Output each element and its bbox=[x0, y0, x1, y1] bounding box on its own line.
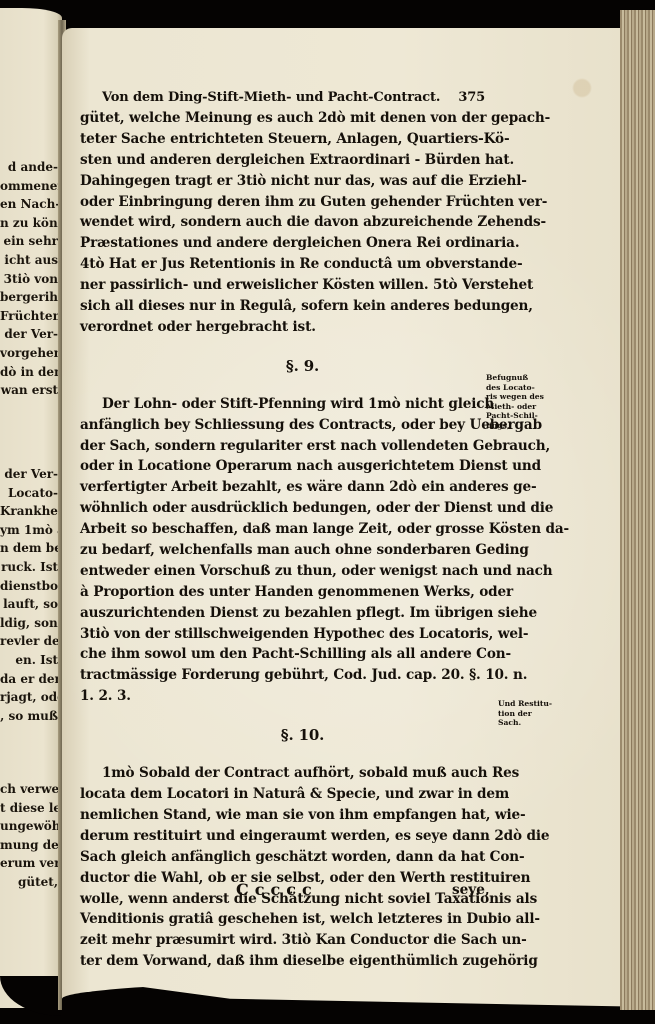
text-line: bergerih- bbox=[0, 288, 58, 307]
text-line: wöhnlich oder ausdrücklich bedungen, ode… bbox=[80, 498, 485, 519]
text-line: Krankheit, bbox=[0, 502, 58, 521]
left-page-fragment: d ande- ommener en Nach- n zu kön- ein s… bbox=[0, 8, 62, 1008]
paragraph-1: gütet, welche Meinung es auch 2dò mit de… bbox=[80, 108, 485, 338]
text-line: ner passirlich- und erweislicher Kösten … bbox=[80, 275, 485, 296]
text-line: sten und anderen dergleichen Extraordina… bbox=[80, 150, 485, 171]
page-number: 375 bbox=[458, 90, 485, 105]
main-text-block: Von dem Ding-Stift-Mieth- und Pacht-Cont… bbox=[80, 90, 485, 972]
text-line: ruck. Ist bbox=[0, 558, 58, 577]
text-line: t diese letz- bbox=[0, 799, 58, 818]
text-line: oder Einbringung deren ihm zu Guten gehe… bbox=[80, 192, 485, 213]
text-line: en Nach- bbox=[0, 195, 58, 214]
running-header: Von dem Ding-Stift-Mieth- und Pacht-Cont… bbox=[80, 90, 485, 105]
text-line: icht aus bbox=[0, 251, 58, 270]
text-line: 3tiò von der stillschweigenden Hypothec … bbox=[80, 624, 485, 645]
margin-note-line: Mieth- oder bbox=[486, 402, 544, 412]
text-line: ter dem Vorwand, daß ihm dieselbe eigent… bbox=[80, 951, 485, 972]
text-line: nemlichen Stand, wie man sie von ihm emp… bbox=[80, 805, 485, 826]
text-line: d ande- bbox=[0, 158, 58, 177]
text-line: teter Sache entrichteten Steuern, Anlage… bbox=[80, 129, 485, 150]
text-line: ommener bbox=[0, 177, 58, 196]
margin-note-line: tion der bbox=[498, 709, 552, 719]
text-line: ym 1mò à bbox=[0, 521, 58, 540]
text-line: Arbeit so beschaffen, daß man lange Zeit… bbox=[80, 519, 485, 540]
text-line: wan erst bbox=[0, 381, 58, 400]
text-line: der Sach, sondern regulariter erst nach … bbox=[80, 436, 485, 457]
text-line: Præstationes und andere dergleichen Oner… bbox=[80, 233, 485, 254]
text-line: à Proportion des unter Handen genommenen… bbox=[80, 582, 485, 603]
text-line: ungewöhn- bbox=[0, 817, 58, 836]
text-line: Sach gleich anfänglich geschätzt worden,… bbox=[80, 847, 485, 868]
margin-note-line: Befugnuß bbox=[486, 373, 544, 383]
book-scan: d ande- ommener en Nach- n zu kön- ein s… bbox=[0, 0, 655, 1024]
text-line: anfänglich bey Schliessung des Contracts… bbox=[80, 415, 485, 436]
left-text-block-1: d ande- ommener en Nach- n zu kön- ein s… bbox=[0, 158, 58, 400]
text-line: ldig, son- bbox=[0, 614, 58, 633]
text-line: der Ver- bbox=[0, 325, 58, 344]
text-line: da er den bbox=[0, 670, 58, 689]
text-line: che ihm sowol um den Pacht-Schilling als… bbox=[80, 644, 485, 665]
text-line: lauft, so bbox=[0, 595, 58, 614]
text-line: Früchten, bbox=[0, 307, 58, 326]
margin-note-section-9: Befugnuß des Locato- ris wegen des Mieth… bbox=[486, 373, 544, 431]
text-line: oder in Locatione Operarum nach ausgeric… bbox=[80, 456, 485, 477]
text-line: der Ver- bbox=[0, 465, 58, 484]
text-line: 3tiò von bbox=[0, 270, 58, 289]
text-line: entweder einen Vorschuß zu thun, oder we… bbox=[80, 561, 485, 582]
margin-note-line: Sach. bbox=[498, 718, 552, 728]
catchword: seye, bbox=[452, 882, 490, 898]
text-line: Der Lohn- oder Stift-Pfenning wird 1mò n… bbox=[80, 394, 485, 415]
margin-note-line: lings, bbox=[486, 421, 544, 431]
text-line: Venditionis gratiâ geschehen ist, welch … bbox=[80, 909, 485, 930]
text-line: mung des bbox=[0, 836, 58, 855]
text-line: gütet, bbox=[0, 873, 58, 892]
page-edges bbox=[620, 10, 655, 1010]
text-line: vorgehen- bbox=[0, 344, 58, 363]
text-line: n zu kön- bbox=[0, 214, 58, 233]
section-heading-9: §. 9. bbox=[80, 338, 485, 394]
text-line: 1. 2. 3. bbox=[80, 686, 485, 707]
left-text-block-2: der Ver- Locato- Krankheit, ym 1mò à n d… bbox=[0, 465, 58, 725]
text-line: dienstboth bbox=[0, 577, 58, 596]
text-line: auszurichtenden Dienst zu bezahlen pfleg… bbox=[80, 603, 485, 624]
margin-note-line: Pacht-Schil- bbox=[486, 411, 544, 421]
text-line: tractmässige Forderung gebührt, Cod. Jud… bbox=[80, 665, 485, 686]
section-9-body: Der Lohn- oder Stift-Pfenning wird 1mò n… bbox=[80, 394, 485, 707]
text-line: ein sehr bbox=[0, 232, 58, 251]
text-line: zu bedarf, welchenfalls man auch ohne so… bbox=[80, 540, 485, 561]
text-line: en. Ist bbox=[0, 651, 58, 670]
text-line: sich all dieses nur in Regulâ, sofern ke… bbox=[80, 296, 485, 317]
text-line: , so muß bbox=[0, 707, 58, 726]
text-line: verfertigter Arbeit bezahlt, es wäre dan… bbox=[80, 477, 485, 498]
margin-note-line: ris wegen des bbox=[486, 392, 544, 402]
text-line: erum ver- bbox=[0, 854, 58, 873]
text-line: 1mò Sobald der Contract aufhört, sobald … bbox=[80, 763, 485, 784]
margin-note-section-10: Und Restitu- tion der Sach. bbox=[498, 699, 552, 728]
text-line: wendet wird, sondern auch die davon abzu… bbox=[80, 212, 485, 233]
text-line: derum restituirt und eingeraumt werden, … bbox=[80, 826, 485, 847]
running-title: Von dem Ding-Stift-Mieth- und Pacht-Cont… bbox=[102, 90, 440, 105]
text-line: n dem be- bbox=[0, 539, 58, 558]
left-text-block-3: ch verwen- t diese letz- ungewöhn- mung … bbox=[0, 780, 58, 892]
text-line: revler der bbox=[0, 632, 58, 651]
margin-note-line: des Locato- bbox=[486, 383, 544, 393]
text-line: ch verwen- bbox=[0, 780, 58, 799]
text-line: rjagt, oder bbox=[0, 688, 58, 707]
text-line: verordnet oder hergebracht ist. bbox=[80, 317, 485, 338]
text-line: dò in dem bbox=[0, 363, 58, 382]
margin-note-line: Und Restitu- bbox=[498, 699, 552, 709]
text-line: Dahingegen tragt er 3tiò nicht nur das, … bbox=[80, 171, 485, 192]
text-line: zeit mehr præsumirt wird. 3tiò Kan Condu… bbox=[80, 930, 485, 951]
section-heading-10: §. 10. bbox=[80, 707, 485, 763]
signature-mark: Ccccc bbox=[236, 880, 318, 899]
text-line: gütet, welche Meinung es auch 2dò mit de… bbox=[80, 108, 485, 129]
text-line: locata dem Locatori in Naturâ & Specie, … bbox=[80, 784, 485, 805]
section-10-body: 1mò Sobald der Contract aufhört, sobald … bbox=[80, 763, 485, 972]
text-line: 4tò Hat er Jus Retentionis in Re conduct… bbox=[80, 254, 485, 275]
text-line: Locato- bbox=[0, 484, 58, 503]
